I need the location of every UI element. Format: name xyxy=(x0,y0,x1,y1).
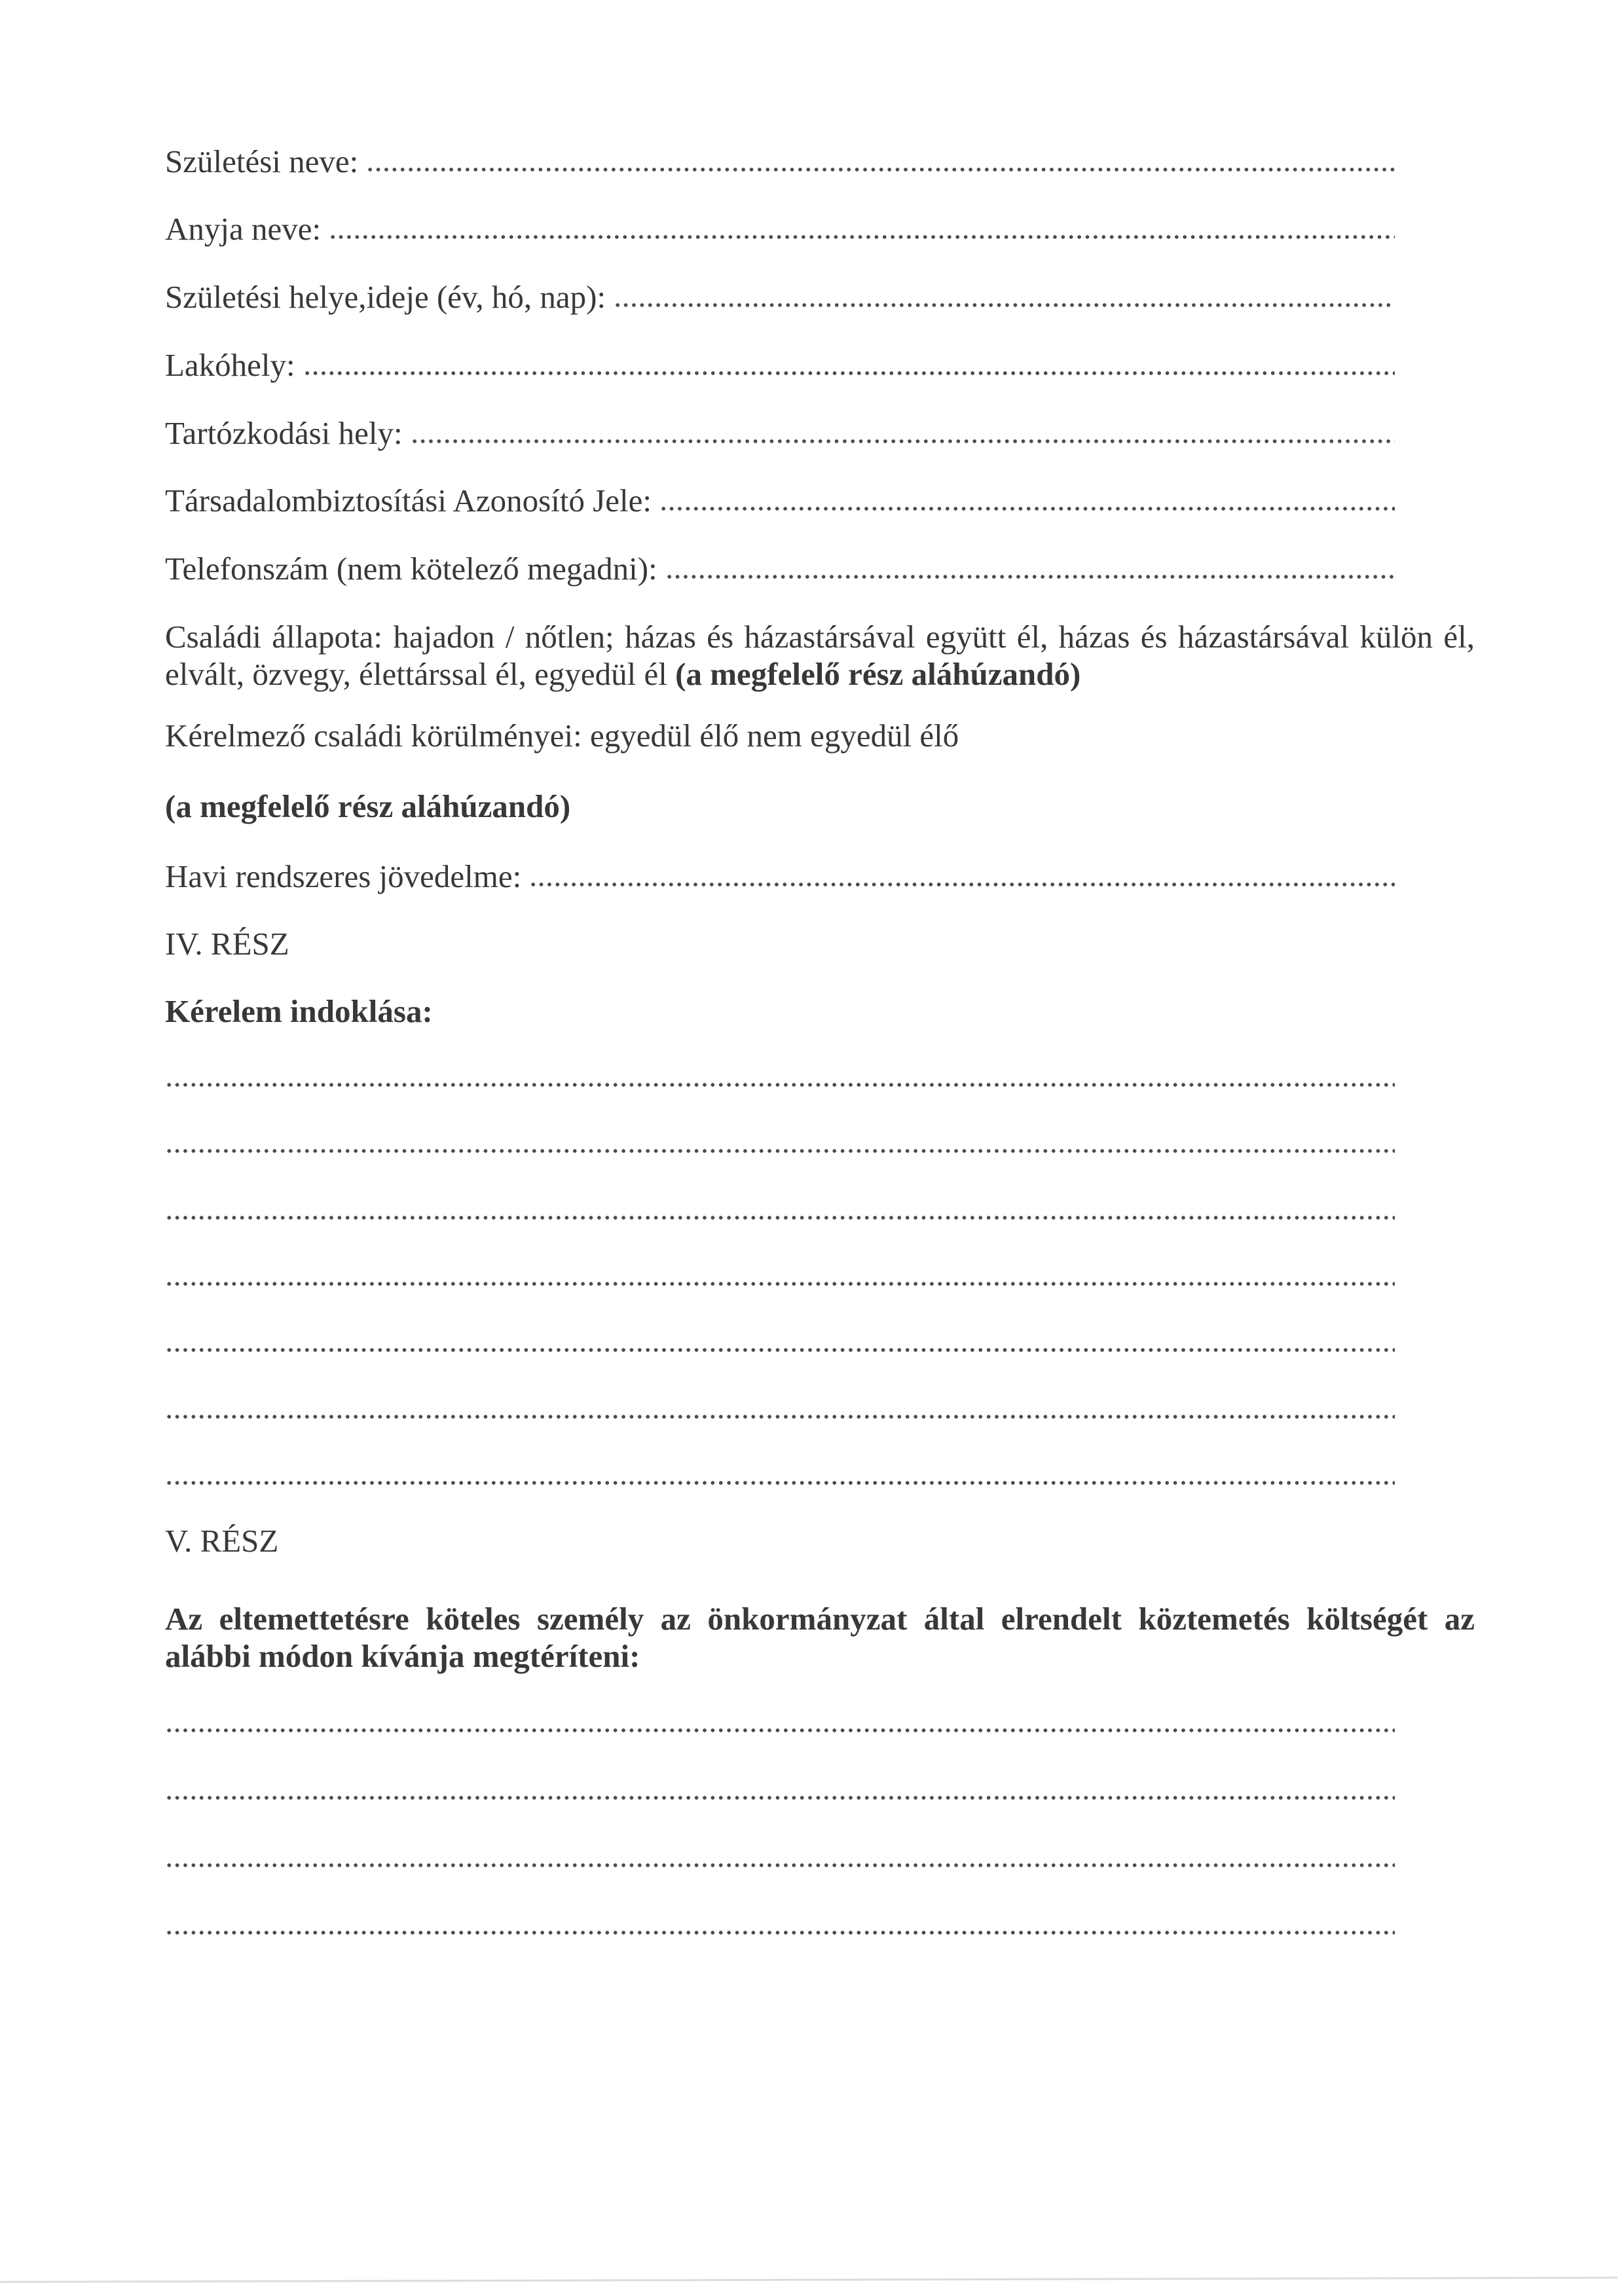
field-mother-name: Anyja neve: xyxy=(165,213,1395,245)
field-label: Anyja neve: xyxy=(165,213,321,245)
blank-answer-line[interactable] xyxy=(165,1728,1395,1733)
field-label: Társadalombiztosítási Azonosító Jele: xyxy=(165,484,652,517)
blank-answer-line[interactable] xyxy=(165,1281,1395,1286)
field-monthly-income: Havi rendszeres jövedelme: xyxy=(165,860,1395,892)
blank-answer-line[interactable] xyxy=(165,1480,1395,1485)
field-label: Telefonszám (nem kötelező megadni): xyxy=(165,553,657,585)
family-circumstances[interactable]: Kérelmező családi körülményei: egyedül é… xyxy=(165,720,959,752)
blank-answer-line[interactable] xyxy=(165,1347,1395,1353)
blank-answer-line[interactable] xyxy=(165,1863,1395,1868)
family-circumstances-instruction: (a megfelelő rész aláhúzandó) xyxy=(165,790,570,822)
scan-edge-line xyxy=(0,2277,1617,2283)
blank-answer-line[interactable] xyxy=(165,1215,1395,1220)
reimbursement-paragraph: Az eltemettetésre köteles személy az önk… xyxy=(165,1600,1475,1675)
field-label: Születési neve: xyxy=(165,145,358,177)
fill-in-dotted-line[interactable] xyxy=(529,882,1395,887)
field-label: Tartózkodási hely: xyxy=(165,417,403,449)
field-social-security-number: Társadalombiztosítási Azonosító Jele: xyxy=(165,484,1395,517)
part-iv-heading: IV. RÉSZ xyxy=(165,928,289,960)
field-birth-place-date: Születési helye,ideje (év, hó, nap): xyxy=(165,281,1395,313)
fill-in-dotted-line[interactable] xyxy=(659,506,1395,511)
fill-in-dotted-line[interactable] xyxy=(329,234,1395,240)
blank-answer-line[interactable] xyxy=(165,1795,1395,1800)
marital-status-instruction: (a megfelelő rész aláhúzandó) xyxy=(675,656,1080,692)
fill-in-dotted-line[interactable] xyxy=(665,574,1395,579)
field-label: Lakóhely: xyxy=(165,349,295,381)
fill-in-dotted-line[interactable] xyxy=(614,302,1395,308)
marital-status-paragraph: Családi állapota: hajadon / nőtlen; háza… xyxy=(165,618,1475,693)
field-birth-name: Születési neve: xyxy=(165,145,1395,177)
marital-status-options-line2[interactable]: elvált, özvegy, élettárssal él, egyedül … xyxy=(165,656,667,692)
field-temporary-residence: Tartózkodási hely: xyxy=(165,417,1395,449)
blank-answer-line[interactable] xyxy=(165,1930,1395,1935)
field-label: Havi rendszeres jövedelme: xyxy=(165,860,521,892)
field-residence: Lakóhely: xyxy=(165,349,1395,381)
marital-status-options-line1[interactable]: Családi állapota: hajadon / nőtlen; háza… xyxy=(165,618,1475,655)
field-phone-number: Telefonszám (nem kötelező megadni): xyxy=(165,553,1395,585)
fill-in-dotted-line[interactable] xyxy=(411,439,1395,444)
field-label: Születési helye,ideje (év, hó, nap): xyxy=(165,281,606,313)
part-v-heading: V. RÉSZ xyxy=(165,1525,278,1557)
blank-answer-line[interactable] xyxy=(165,1148,1395,1154)
reimbursement-text-line1: Az eltemettetésre köteles személy az önk… xyxy=(165,1600,1475,1637)
fill-in-dotted-line[interactable] xyxy=(303,371,1395,376)
fill-in-dotted-line[interactable] xyxy=(366,167,1395,172)
blank-answer-line[interactable] xyxy=(165,1082,1395,1087)
document-page: Születési neve: Anyja neve: Születési he… xyxy=(0,0,1624,2296)
reimbursement-text-line2: alábbi módon kívánja megtéríteni: xyxy=(165,1638,640,1674)
blank-answer-line[interactable] xyxy=(165,1414,1395,1419)
request-justification-heading: Kérelem indoklása: xyxy=(165,995,433,1027)
